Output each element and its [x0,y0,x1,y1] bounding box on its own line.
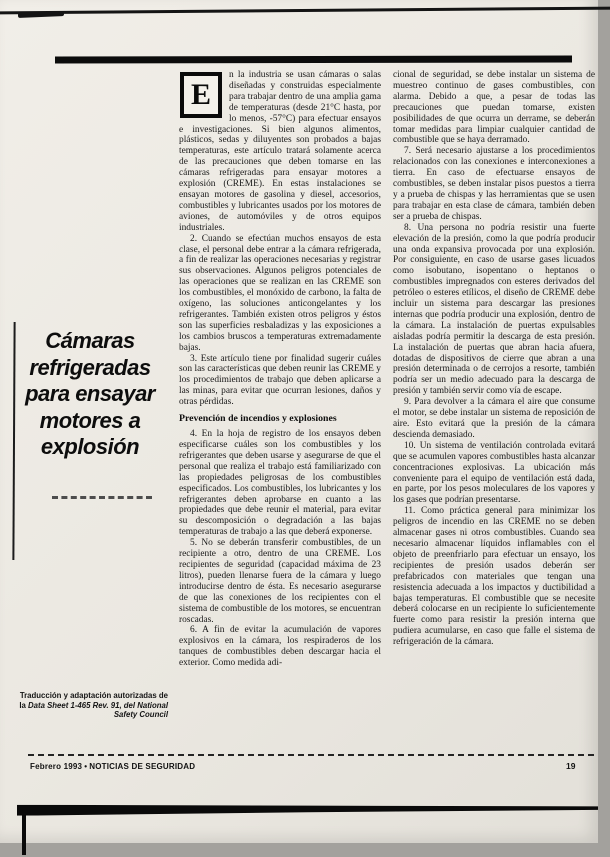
text-column-right: cional de seguridad, se debe instalar un… [393,70,595,752]
drop-cap-letter: E [191,80,211,110]
footer-bullet-separator: • [84,762,87,771]
footer: Febrero 1993•NOTICIAS DE SEGURIDAD [30,762,197,771]
title-underline [52,496,152,499]
footer-issue-date: Febrero 1993 [30,762,82,771]
paragraph-8: 8. Una persona no podría resistir una fu… [393,223,595,398]
magazine-page: Cámaras refrigeradas para ensayar motore… [0,0,598,843]
article-top-rule [55,55,572,63]
paragraph-7: 7. Será necesario ajustarse a los proced… [393,146,595,222]
translation-credit: Traducción y adaptación autorizadas de l… [16,691,168,720]
text-column-left: En la industria se usan cámaras o salas … [179,70,381,752]
footer-magazine-name: NOTICIAS DE SEGURIDAD [89,762,195,771]
paragraph-9: 9. Para devolver a la cámara el aire que… [393,397,595,441]
page-number: 19 [566,761,575,771]
footer-rule [28,754,594,756]
paragraph-4: 4. En la hoja de registro de los ensayos… [179,429,381,538]
scan-edge-blob [18,11,64,18]
paragraph-6: 6. A fin de evitar la acumulación de vap… [179,625,381,669]
credit-source-text: Data Sheet 1-465 Rev. 91, del National S… [28,701,168,720]
paragraph-3: 3. Este artículo tiene por finalidad sug… [179,354,381,409]
drop-cap: E [180,72,222,118]
scan-ink-drip [22,811,26,855]
paragraph-2: 2. Cuando se efectúan muchos ensayos de … [179,234,381,354]
paragraph-11: 11. Como práctica general para minimizar… [393,506,595,648]
paragraph-6-continuation: cional de seguridad, se debe instalar un… [393,70,595,146]
paragraph-intro: En la industria se usan cámaras o salas … [179,70,381,234]
scan-edge-line [0,7,610,15]
paragraph-10: 10. Un sistema de ventilación controlada… [393,441,595,506]
paragraph-5: 5. No se deberán transferir combustibles… [179,538,381,625]
bottom-scan-bar [17,803,598,816]
section-heading-prevencion: Prevención de incendios y explosiones [179,413,381,425]
article-title: Cámaras refrigeradas para ensayar motore… [14,328,166,461]
